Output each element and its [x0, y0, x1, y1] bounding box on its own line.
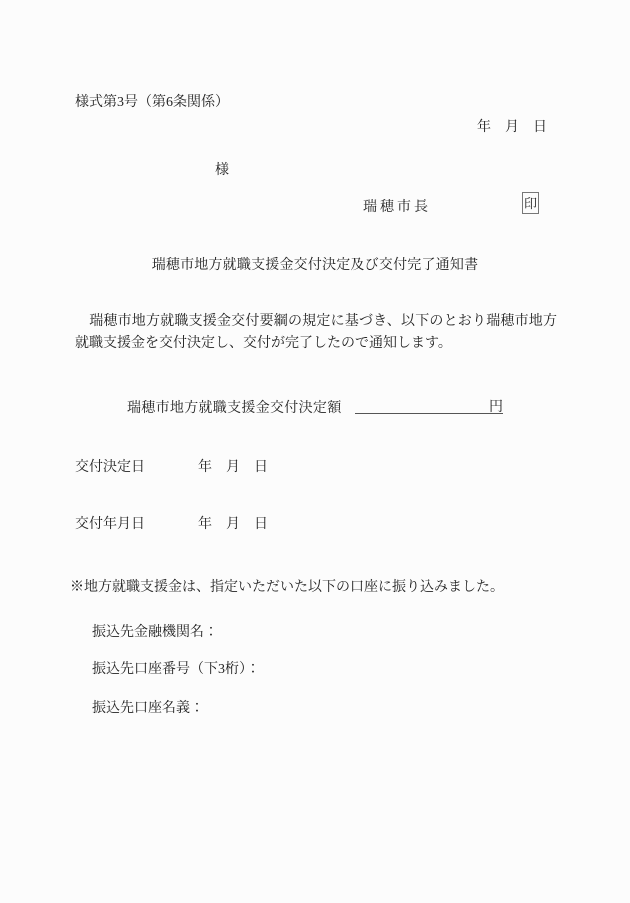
form-number: 様式第3号（第6条関係）: [75, 91, 229, 111]
account-number-field-label: 振込先口座番号（下3桁）：: [92, 658, 260, 678]
transfer-note: ※地方就職支援金は、指定いただいた以下の口座に振り込みました。: [70, 576, 504, 596]
account-holder-field-label: 振込先口座名義：: [92, 697, 204, 717]
seal-label: 印: [524, 196, 537, 211]
payment-date-placeholder: 年 月 日: [198, 513, 268, 533]
grant-amount-unit: 円: [489, 400, 503, 415]
document-title: 瑞穂市地方就職支援金交付決定及び交付完了通知書: [0, 254, 630, 274]
grant-amount-blank: 円: [355, 396, 503, 414]
payment-date-label: 交付年月日: [75, 513, 145, 533]
issue-date-placeholder: 年 月 日: [477, 116, 547, 136]
sender-title: 瑞穂市長: [363, 196, 431, 216]
bank-name-field-label: 振込先金融機関名：: [92, 621, 218, 641]
decision-date-label: 交付決定日: [75, 456, 145, 476]
document-page: 様式第3号（第6条関係） 年 月 日 様 瑞穂市長 印 瑞穂市地方就職支援金交付…: [0, 0, 630, 903]
seal-box: 印: [522, 192, 539, 214]
grant-amount-label: 瑞穂市地方就職支援金交付決定額: [127, 397, 342, 417]
decision-date-placeholder: 年 月 日: [198, 456, 268, 476]
addressee-name-suffix: 様: [215, 159, 229, 179]
body-paragraph: 瑞穂市地方就職支援金交付要綱の規定に基づき、以下のとおり瑞穂市地方就職支援金を交…: [75, 311, 557, 354]
